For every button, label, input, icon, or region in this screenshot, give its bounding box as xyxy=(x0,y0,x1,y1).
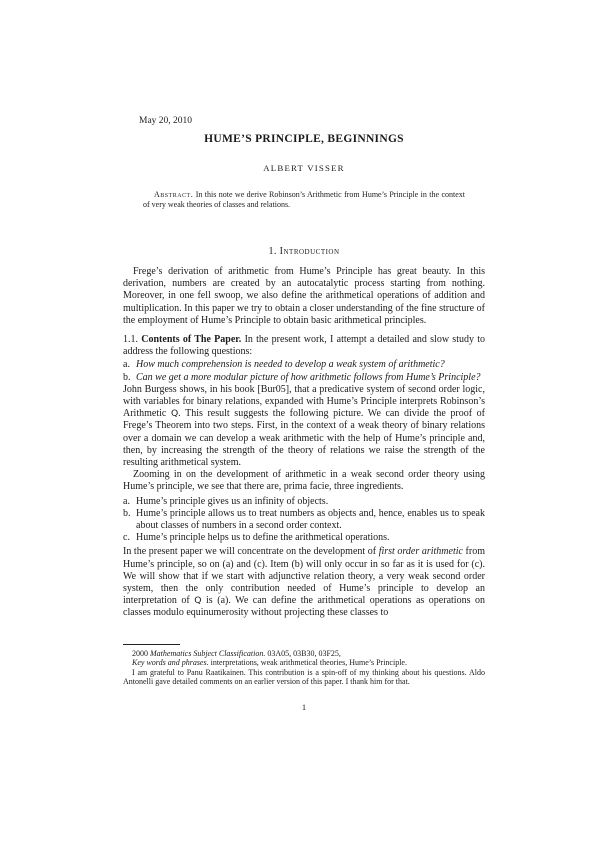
paper-page: May 20, 2010 HUME’S PRINCIPLE, BEGINNING… xyxy=(0,0,595,842)
footnote-keywords: Key words and phrases. interpretations, … xyxy=(123,658,485,667)
question-list: a. How much comprehension is needed to d… xyxy=(123,359,485,383)
list-item-text: Hume’s principle gives us an infinity of… xyxy=(136,496,485,508)
list-item: b. Hume’s principle allows us to treat n… xyxy=(123,508,485,532)
paragraph-burgess: John Burgess shows, in his book [Bur05],… xyxy=(123,384,485,469)
list-item-text: Can we get a more modular picture of how… xyxy=(136,372,485,384)
list-item-label: c. xyxy=(123,532,136,544)
list-item-text: How much comprehension is needed to deve… xyxy=(136,359,485,371)
list-item: b. Can we get a more modular picture of … xyxy=(123,372,485,384)
subsection-contents: 1.1. Contents of The Paper. In the prese… xyxy=(123,334,485,358)
paragraph-frege: Frege’s derivation of arithmetic from Hu… xyxy=(123,266,485,327)
list-item-text: Hume’s principle allows us to treat numb… xyxy=(136,508,485,532)
page-number: 1 xyxy=(123,702,485,712)
paragraph-zooming: Zooming in on the development of arithme… xyxy=(123,469,485,493)
list-item: a. Hume’s principle gives us an infinity… xyxy=(123,496,485,508)
ingredient-list: a. Hume’s principle gives us an infinity… xyxy=(123,496,485,545)
list-item-label: b. xyxy=(123,372,136,384)
list-item-label: a. xyxy=(123,359,136,371)
list-item-text: Hume’s principle helps us to define the … xyxy=(136,532,485,544)
paper-title: HUME’S PRINCIPLE, BEGINNINGS xyxy=(123,133,485,146)
footnote-block: 2000 Mathematics Subject Classification.… xyxy=(123,644,485,686)
footnote-msc: 2000 Mathematics Subject Classification.… xyxy=(123,649,485,658)
abstract: Abstract. In this note we derive Robinso… xyxy=(143,190,465,210)
list-item: c. Hume’s principle helps us to define t… xyxy=(123,532,485,544)
section-title: Introduction xyxy=(280,246,340,257)
section-number: 1. xyxy=(268,246,276,257)
list-item-label: b. xyxy=(123,508,136,532)
footnote-acknowledgement: I am grateful to Panu Raatikainen. This … xyxy=(123,668,485,687)
list-item: a. How much comprehension is needed to d… xyxy=(123,359,485,371)
footnote-rule xyxy=(123,644,180,645)
paper-author: ALBERT VISSER xyxy=(123,163,485,173)
paper-date: May 20, 2010 xyxy=(139,116,192,127)
paper-body: HUME’S PRINCIPLE, BEGINNINGS ALBERT VISS… xyxy=(123,133,485,620)
section-heading: 1. Introduction xyxy=(123,246,485,258)
list-item-label: a. xyxy=(123,496,136,508)
paragraph-present: In the present paper we will concentrate… xyxy=(123,546,485,619)
